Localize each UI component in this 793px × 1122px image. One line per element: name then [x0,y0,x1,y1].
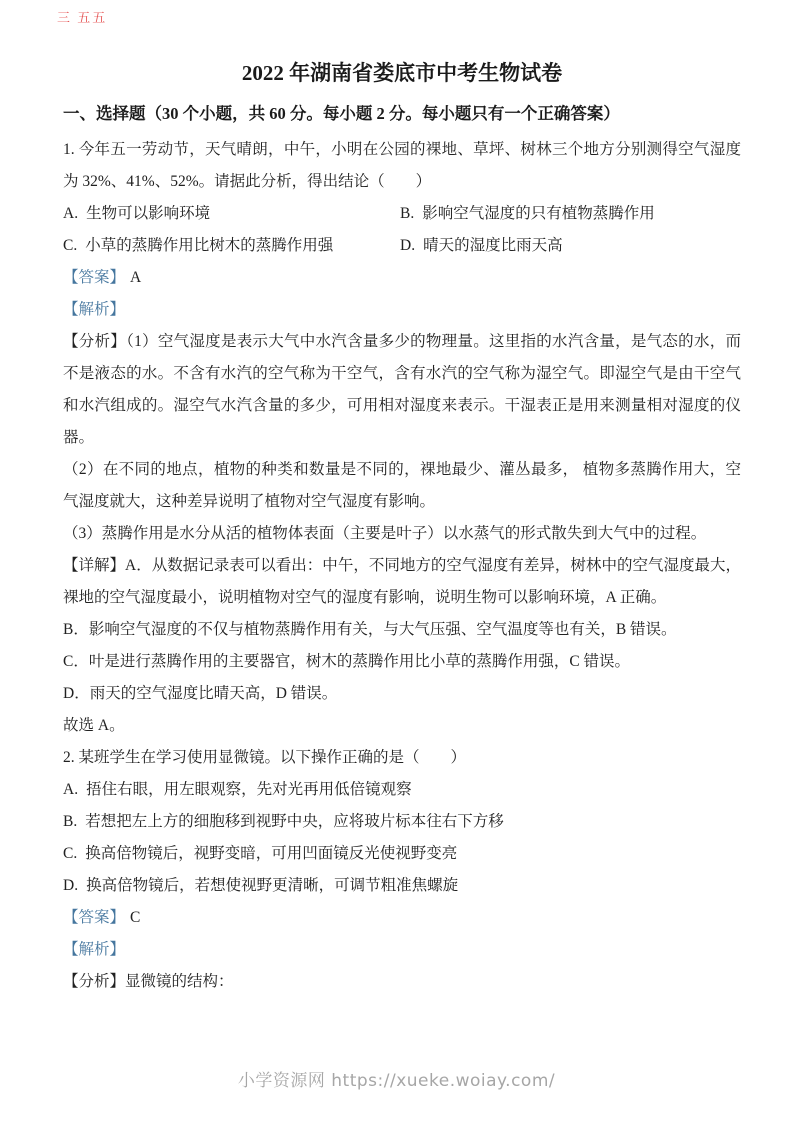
question-2-answer-line: 【答案】C [63,902,741,934]
section-heading: 一、选择题（30 个小题，共 60 分。每小题 2 分。每小题只有一个正确答案） [63,100,741,128]
option-text: 捂住右眼，用左眼观察，先对光再用低倍镜观察 [86,781,412,798]
option-label: D. [63,877,78,894]
question-1-option-a: A.生物可以影响环境 [63,198,400,230]
exam-document-page: { "corner_marks": "三 五五", "title": "2022… [0,0,793,1122]
question-2-analysis-label: 【解析】 [63,934,741,966]
question-1-detail-paragraph: D．雨天的空气湿度比晴天高，D 错误。 [63,678,741,710]
question-1-conclusion: 故选 A。 [63,710,741,742]
question-2-option-b: B.若想把左上方的细胞移到视野中央，应将玻片标本往右下方移 [63,806,741,838]
question-1-stem: 1. 今年五一劳动节，天气晴朗，中午，小明在公园的裸地、草坪、树林三个地方分别测… [63,134,741,198]
option-text: 影响空气湿度的只有植物蒸腾作用 [422,205,655,222]
document-body: 2022 年湖南省娄底市中考生物试卷 一、选择题（30 个小题，共 60 分。每… [63,0,741,998]
answer-label: 【答案】 [63,269,125,286]
option-label: C. [63,845,77,862]
analysis-label: 【解析】 [63,301,125,318]
question-2-option-a: A.捂住右眼，用左眼观察，先对光再用低倍镜观察 [63,774,741,806]
question-1-analysis-paragraph: （3）蒸腾作用是水分从活的植物体表面（主要是叶子）以水蒸气的形式散失到大气中的过… [63,518,741,550]
question-1-analysis-paragraph: （2）在不同的地点，植物的种类和数量是不同的，裸地最少、灌丛最多， 植物多蒸腾作… [63,454,741,518]
option-text: 晴天的湿度比雨天高 [423,237,563,254]
question-1-detail-paragraph: B．影响空气湿度的不仅与植物蒸腾作用有关，与大气压强、空气温度等也有关，B 错误… [63,614,741,646]
option-text: 小草的蒸腾作用比树木的蒸腾作用强 [85,237,333,254]
page-title: 2022 年湖南省娄底市中考生物试卷 [63,58,741,88]
option-label: A. [63,781,78,798]
question-2-analysis-intro: 【分析】显微镜的结构： [63,966,741,998]
question-1-option-b: B.影响空气湿度的只有植物蒸腾作用 [400,198,741,230]
answer-value: A [130,269,141,286]
answer-value: C [130,909,140,926]
question-1-analysis-paragraph: 【分析】（1）空气湿度是表示大气中水汽含量多少的物理量。这里指的水汽含量，是气态… [63,326,741,454]
analysis-label: 【解析】 [63,941,125,958]
option-label: B. [63,813,77,830]
question-1-options: A.生物可以影响环境 B.影响空气湿度的只有植物蒸腾作用 C.小草的蒸腾作用比树… [63,198,741,262]
option-text: 若想把左上方的细胞移到视野中央，应将玻片标本往右下方移 [85,813,504,830]
question-1-detail-paragraph: C．叶是进行蒸腾作用的主要器官，树木的蒸腾作用比小草的蒸腾作用强，C 错误。 [63,646,741,678]
question-2-option-c: C.换高倍物镜后，视野变暗，可用凹面镜反光使视野变亮 [63,838,741,870]
option-text: 换高倍物镜后，视野变暗，可用凹面镜反光使视野变亮 [85,845,457,862]
option-text: 生物可以影响环境 [86,205,210,222]
question-2-option-d: D.换高倍物镜后，若想使视野更清晰，可调节粗准焦螺旋 [63,870,741,902]
question-1-detail-paragraph: 【详解】A．从数据记录表可以看出：中午，不同地方的空气湿度有差异，树林中的空气湿… [63,550,741,614]
option-label: A. [63,205,78,222]
answer-label: 【答案】 [63,909,125,926]
option-label: C. [63,237,77,254]
question-1-analysis-label: 【解析】 [63,294,741,326]
question-2-stem: 2. 某班学生在学习使用显微镜。以下操作正确的是（ ） [63,742,741,774]
question-1-option-c: C.小草的蒸腾作用比树木的蒸腾作用强 [63,230,400,262]
option-label: D. [400,237,415,254]
question-1-answer-line: 【答案】A [63,262,741,294]
site-watermark: 小学资源网 https://xueke.woiay.com/ [0,1066,793,1091]
option-text: 换高倍物镜后，若想使视野更清晰，可调节粗准焦螺旋 [86,877,458,894]
question-1-option-d: D.晴天的湿度比雨天高 [400,230,741,262]
option-label: B. [400,205,414,222]
content: 1. 今年五一劳动节，天气晴朗，中午，小明在公园的裸地、草坪、树林三个地方分别测… [63,134,741,998]
